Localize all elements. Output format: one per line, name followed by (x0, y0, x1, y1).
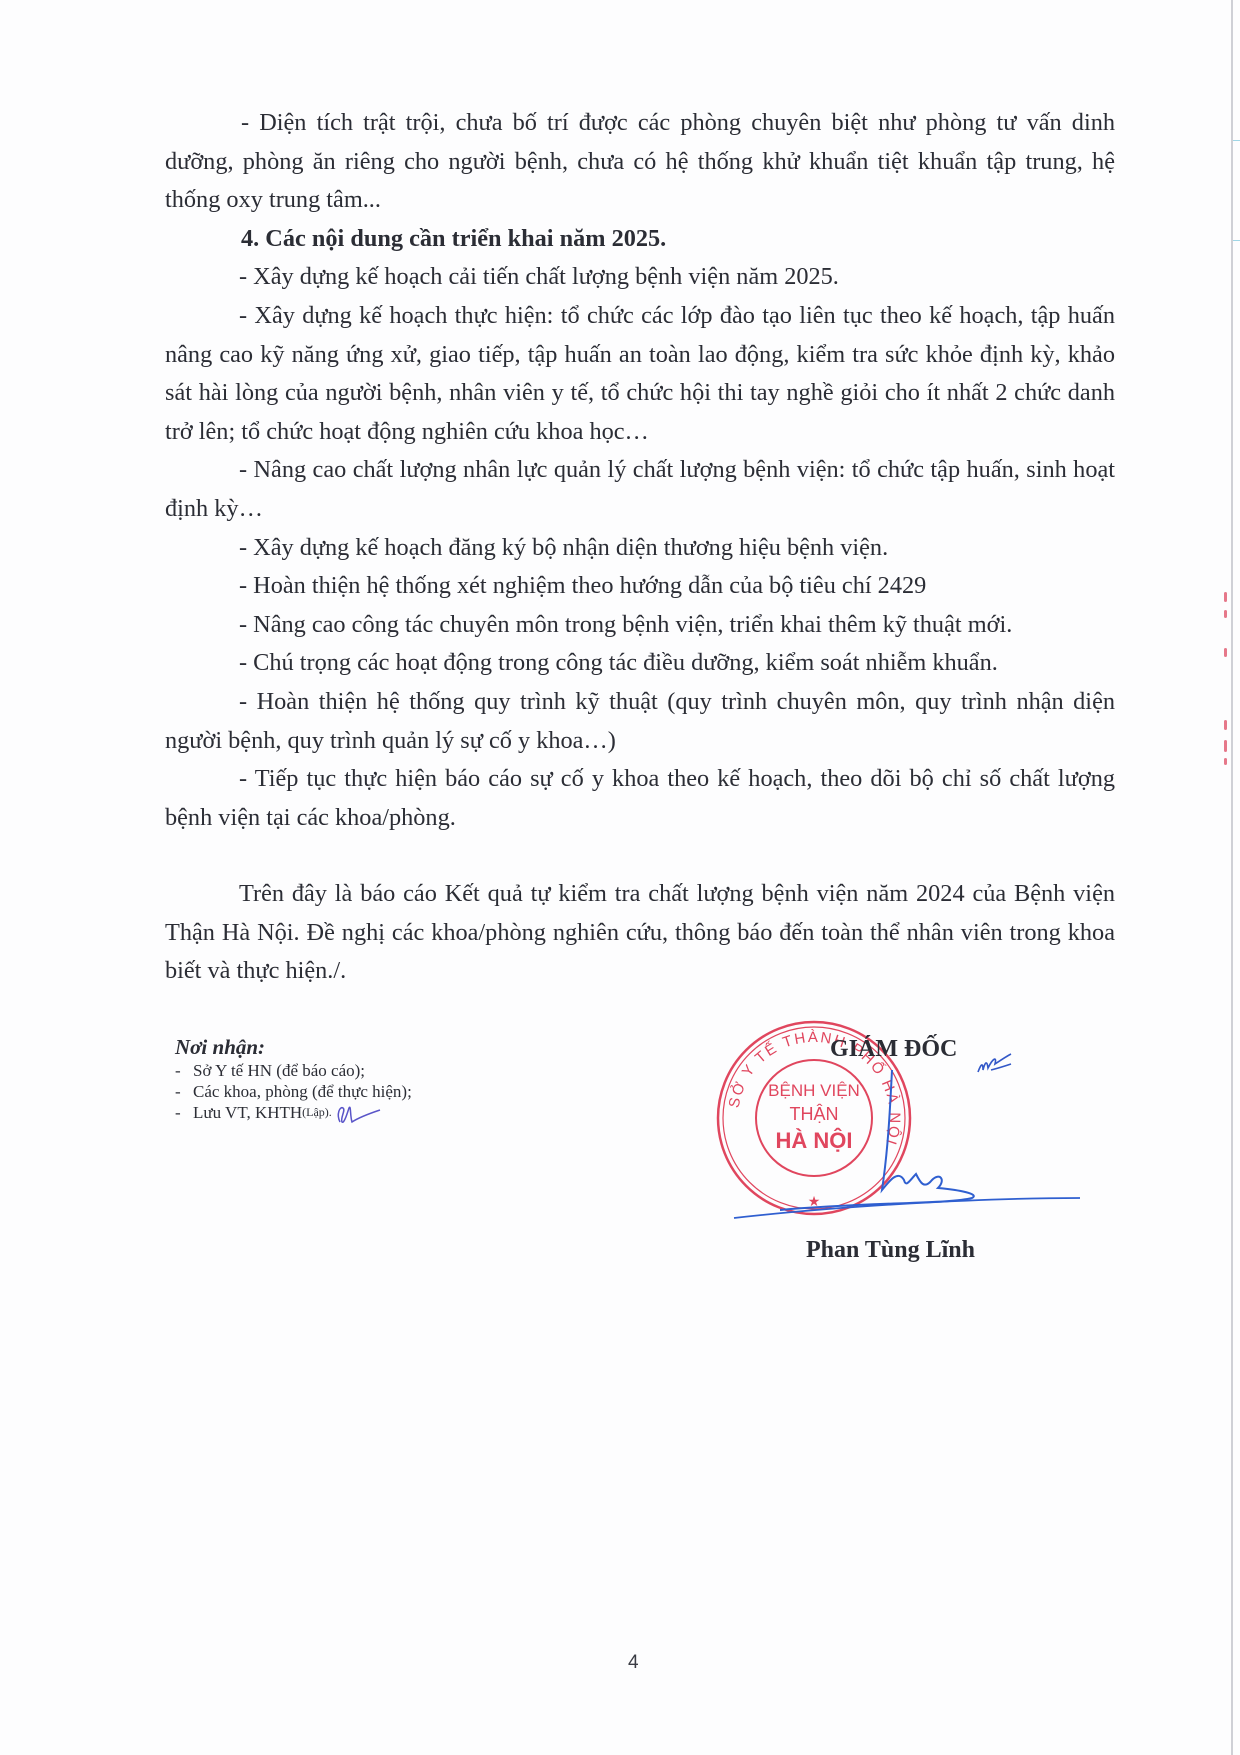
initial-signature-icon (334, 1102, 382, 1126)
action-item: - Xây dựng kế hoạch đăng ký bộ nhận diện… (165, 529, 1115, 568)
action-item: - Nâng cao công tác chuyên môn trong bện… (165, 606, 1115, 645)
stamp-bleed-mark (1224, 592, 1227, 602)
action-item: - Tiếp tục thực hiện báo cáo sự cố y kho… (165, 760, 1115, 837)
scan-edge-mark (1233, 240, 1240, 241)
section-heading: 4. Các nội dung cần triển khai năm 2025. (165, 220, 1115, 259)
stamp-bleed-mark (1224, 648, 1227, 657)
recipient-item: - Sở Y tế HN (để báo cáo); (175, 1060, 412, 1081)
action-item: - Xây dựng kế hoạch thực hiện: tổ chức c… (165, 297, 1115, 451)
stamp-bleed-mark (1224, 610, 1227, 618)
recipients-block: Nơi nhận: - Sở Y tế HN (để báo cáo); - C… (175, 1034, 412, 1126)
stamp-bleed-mark (1224, 740, 1227, 752)
paragraph-limitation: - Diện tích trật trội, chưa bố trí được … (165, 104, 1115, 220)
signer-name: Phan Tùng Lĩnh (806, 1237, 975, 1264)
director-signature-icon (720, 1030, 1120, 1230)
stamp-bleed-mark (1224, 758, 1227, 765)
action-item: - Hoàn thiện hệ thống quy trình kỹ thuật… (165, 683, 1115, 760)
action-item: - Xây dựng kế hoạch cải tiến chất lượng … (165, 258, 1115, 297)
stamp-bleed-mark (1224, 720, 1227, 730)
scan-page-edge (1231, 0, 1233, 1755)
page-number: 4 (628, 1652, 639, 1674)
action-item: - Nâng cao chất lượng nhân lực quản lý c… (165, 451, 1115, 528)
recipient-item: - Lưu VT, KHTH (Lập). (175, 1102, 412, 1126)
recipient-item: - Các khoa, phòng (để thực hiện); (175, 1081, 412, 1102)
action-item: - Chú trọng các hoạt động trong công tác… (165, 644, 1115, 683)
recipients-title: Nơi nhận: (175, 1034, 412, 1060)
scan-edge-mark (1233, 140, 1240, 141)
closing-paragraph: Trên đây là báo cáo Kết quả tự kiểm tra … (165, 875, 1115, 991)
document-body: - Diện tích trật trội, chưa bố trí được … (165, 104, 1115, 991)
action-item: - Hoàn thiện hệ thống xét nghiệm theo hư… (165, 567, 1115, 606)
